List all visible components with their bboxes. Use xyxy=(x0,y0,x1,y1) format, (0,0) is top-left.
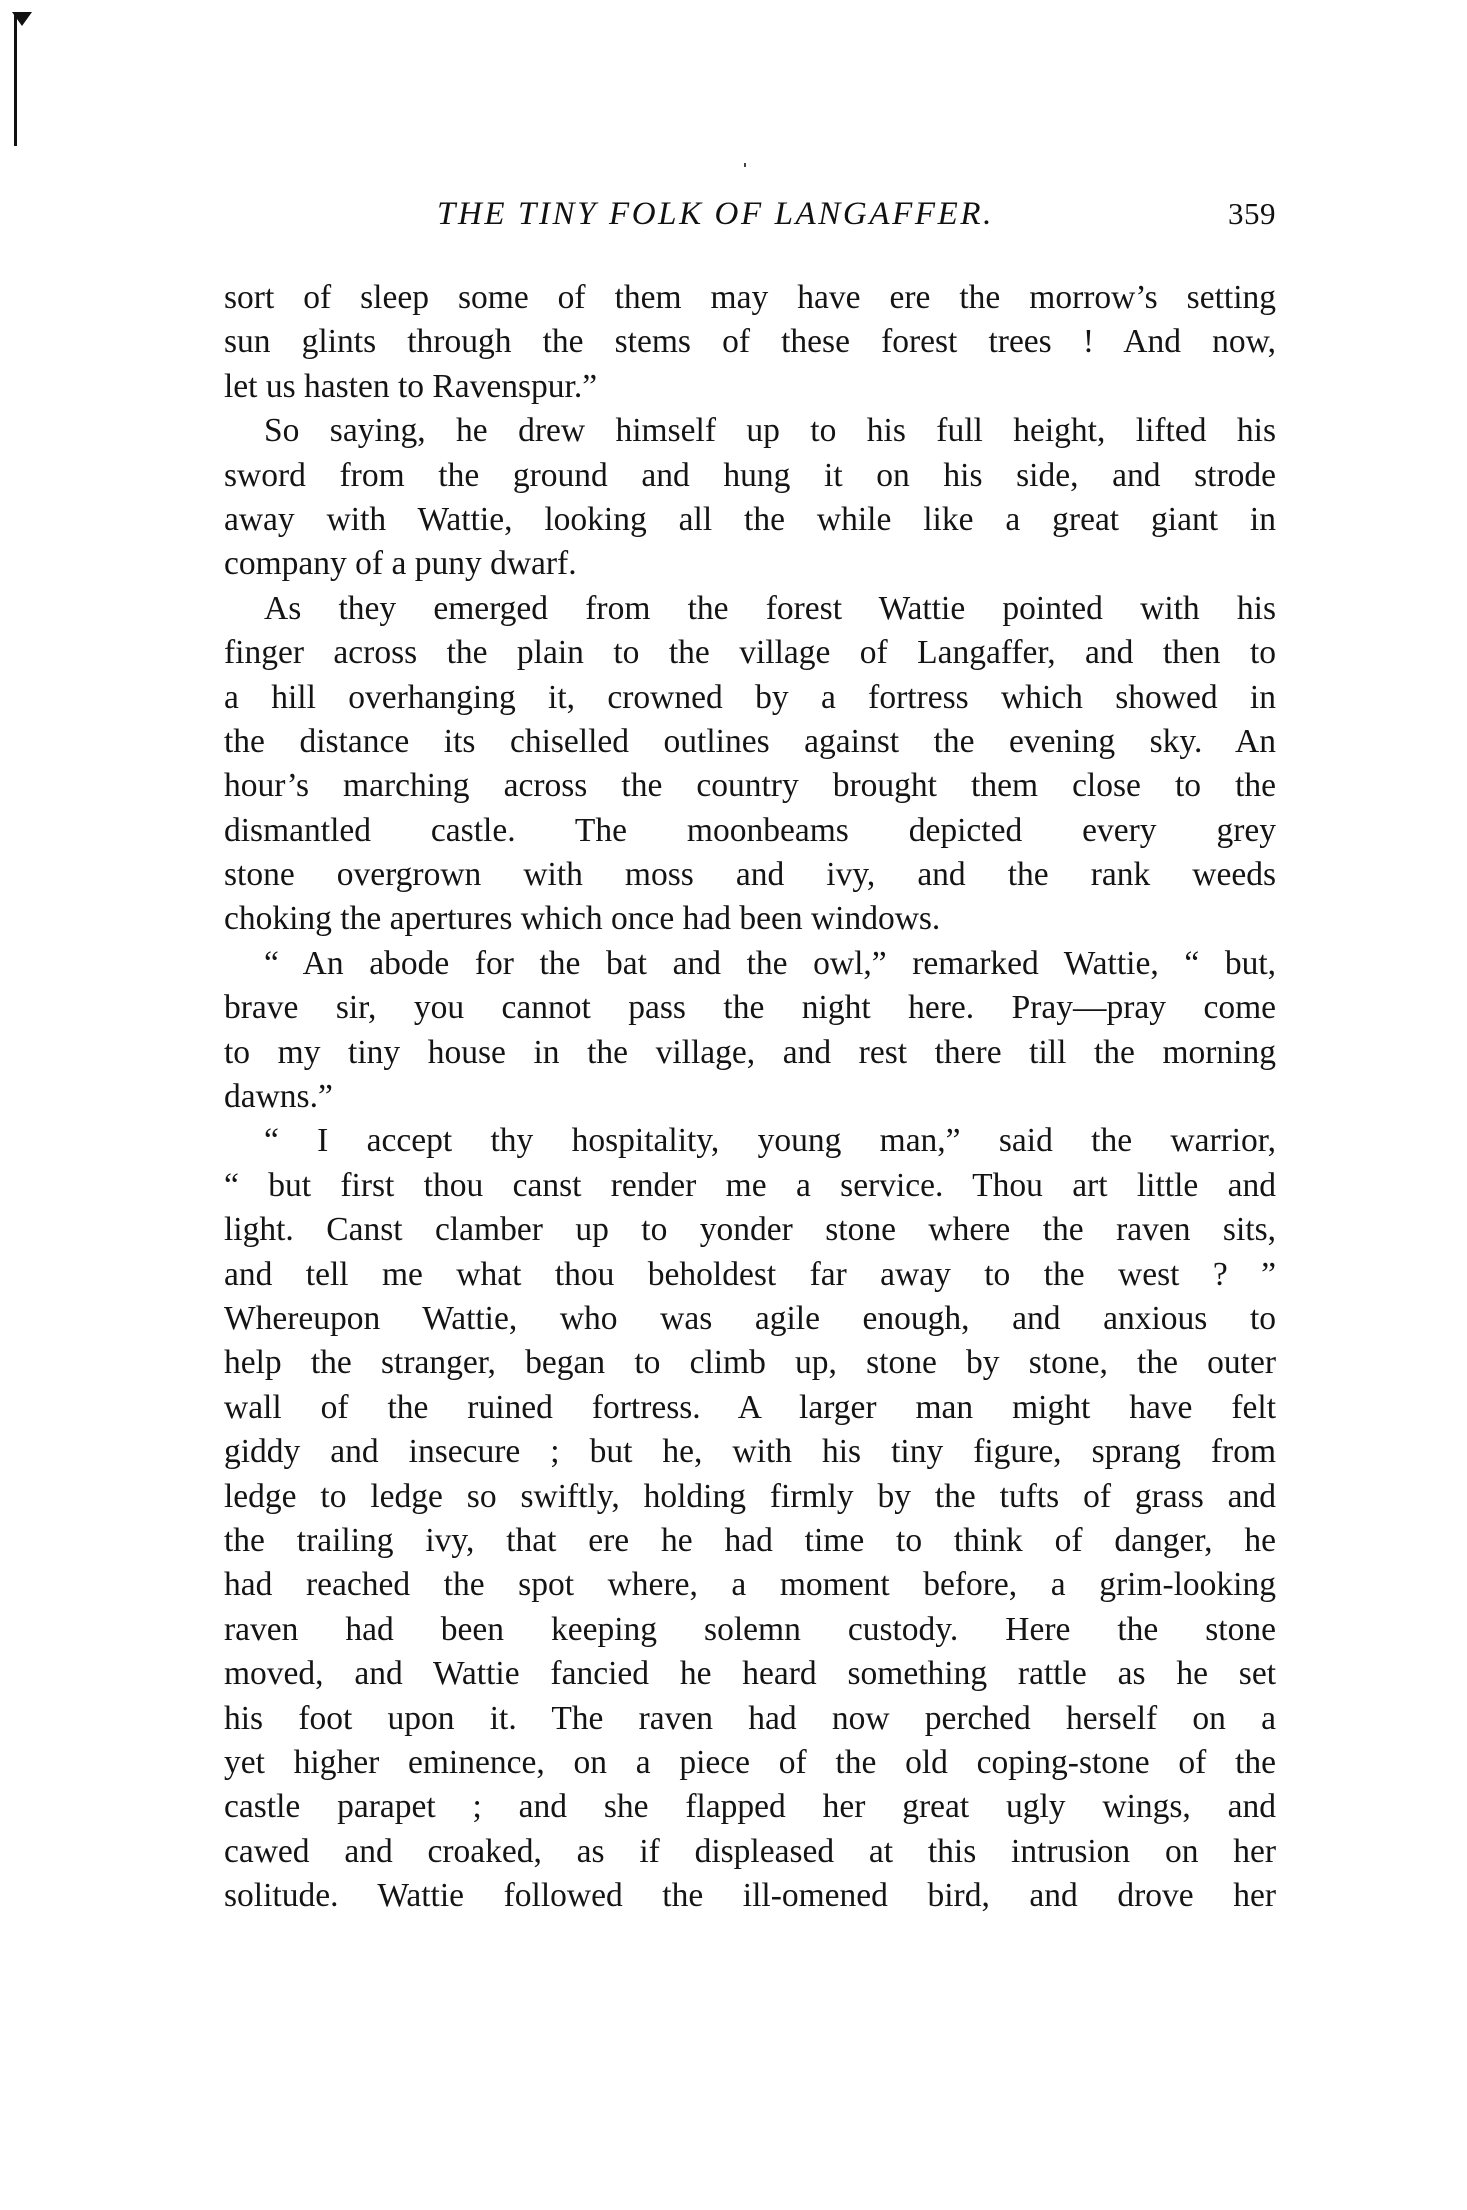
text-line: dawns.” xyxy=(224,1075,1276,1119)
text-line: yet higher eminence, on a piece of the o… xyxy=(224,1741,1276,1785)
text-line: Whereupon Wattie, who was agile enough, … xyxy=(224,1297,1276,1341)
text-line: ledge to ledge so swiftly, holding firml… xyxy=(224,1475,1276,1519)
text-line: cawed and croaked, as if displeased at t… xyxy=(224,1830,1276,1874)
text-line: company of a puny dwarf. xyxy=(224,542,1276,586)
text-line: finger across the plain to the village o… xyxy=(224,631,1276,675)
text-line: away with Wattie, looking all the while … xyxy=(224,498,1276,542)
text-line: giddy and insecure ; but he, with his ti… xyxy=(224,1430,1276,1474)
book-page: THE TINY FOLK OF LANGAFFER. 359 sort of … xyxy=(0,0,1467,2210)
crop-mark-icon xyxy=(12,12,34,146)
text-line: let us hasten to Ravenspur.” xyxy=(224,365,1276,409)
text-line: the distance its chiselled outlines agai… xyxy=(224,720,1276,764)
text-line: choking the apertures which once had bee… xyxy=(224,897,1276,941)
text-line: sword from the ground and hung it on his… xyxy=(224,454,1276,498)
text-line: had reached the spot where, a moment bef… xyxy=(224,1563,1276,1607)
running-title: THE TINY FOLK OF LANGAFFER. xyxy=(437,196,994,233)
text-line: stone overgrown with moss and ivy, and t… xyxy=(224,853,1276,897)
text-line: solitude. Wattie followed the ill-omened… xyxy=(224,1874,1276,1918)
crop-mark-stem xyxy=(14,12,17,146)
text-line: dismantled castle. The moonbeams depicte… xyxy=(224,809,1276,853)
text-line: castle parapet ; and she flapped her gre… xyxy=(224,1785,1276,1829)
text-line: a hill overhanging it, crowned by a fort… xyxy=(224,676,1276,720)
text-line: wall of the ruined fortress. A larger ma… xyxy=(224,1386,1276,1430)
text-line: hour’s marching across the country broug… xyxy=(224,764,1276,808)
text-line: brave sir, you cannot pass the night her… xyxy=(224,986,1276,1030)
text-line: “ I accept thy hospitality, young man,” … xyxy=(224,1119,1276,1163)
text-line: help the stranger, began to climb up, st… xyxy=(224,1341,1276,1385)
text-line: and tell me what thou beholdest far away… xyxy=(224,1253,1276,1297)
text-line: to my tiny house in the village, and res… xyxy=(224,1031,1276,1075)
running-head: THE TINY FOLK OF LANGAFFER. 359 xyxy=(224,196,1276,236)
scan-speck xyxy=(744,163,746,167)
text-line: sort of sleep some of them may have ere … xyxy=(224,276,1276,320)
text-line: sun glints through the stems of these fo… xyxy=(224,320,1276,364)
text-line: “ but first thou canst render me a servi… xyxy=(224,1164,1276,1208)
text-line: moved, and Wattie fancied he heard somet… xyxy=(224,1652,1276,1696)
text-line: light. Canst clamber up to yonder stone … xyxy=(224,1208,1276,1252)
text-line: the trailing ivy, that ere he had time t… xyxy=(224,1519,1276,1563)
text-line: raven had been keeping solemn custody. H… xyxy=(224,1608,1276,1652)
text-line: his foot upon it. The raven had now perc… xyxy=(224,1697,1276,1741)
body-text: sort of sleep some of them may have ere … xyxy=(224,276,1276,1918)
text-line: “ An abode for the bat and the owl,” rem… xyxy=(224,942,1276,986)
text-line: As they emerged from the forest Wattie p… xyxy=(224,587,1276,631)
text-line: So saying, he drew himself up to his ful… xyxy=(224,409,1276,453)
page-number: 359 xyxy=(1228,196,1276,232)
